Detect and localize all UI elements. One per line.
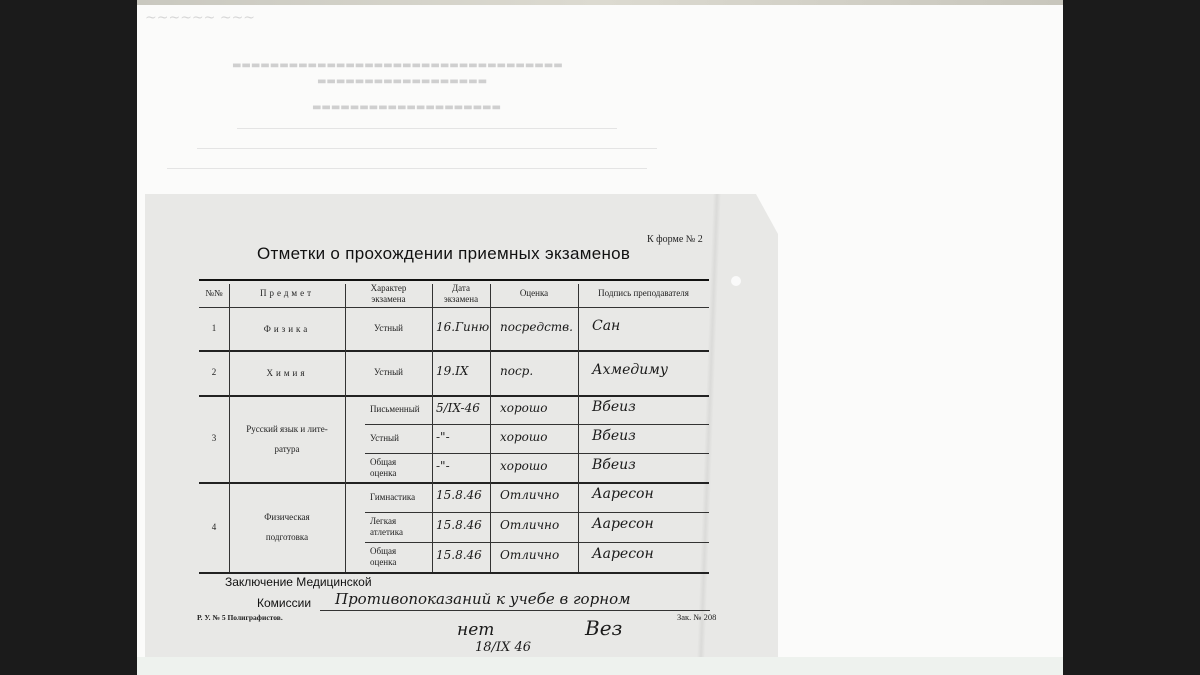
column-header: Предмет bbox=[229, 280, 345, 307]
teacher-signature: Вбеиз bbox=[592, 399, 636, 415]
exam-date: 19.IX bbox=[436, 364, 468, 378]
row-number: 1 bbox=[199, 307, 229, 350]
printer-imprint: Р. У. № 5 Полиграфистов. bbox=[197, 613, 283, 622]
exam-grade: хорошо bbox=[500, 459, 548, 473]
column-rule bbox=[432, 284, 433, 572]
form-reference: К форме № 2 bbox=[647, 234, 703, 245]
exam-date: 15.8.46 bbox=[436, 488, 482, 502]
bleed-through-text: ▬▬▬▬▬▬▬▬▬▬▬▬▬▬▬▬▬▬▬▬ bbox=[312, 102, 501, 113]
medical-note: нет bbox=[457, 620, 494, 640]
exam-grade: Отлично bbox=[500, 548, 559, 562]
exam-grade: посредств. bbox=[500, 320, 573, 334]
order-number: Зак. № 208 bbox=[677, 612, 716, 622]
medical-commission-label: Заключение Медицинской bbox=[225, 575, 372, 589]
bleed-through-line bbox=[167, 168, 647, 169]
bleed-through-text: ▬▬▬▬▬▬▬▬▬▬▬▬▬▬▬▬▬▬▬▬▬▬▬▬▬▬▬▬▬▬▬▬▬▬▬ bbox=[232, 60, 563, 71]
exam-grade: хорошо bbox=[500, 430, 548, 444]
column-header: Характерэкзамена bbox=[345, 280, 432, 307]
subject-name: Физическаяподготовка bbox=[229, 482, 345, 572]
faint-handwritten-note: ~~~~~~ ~~~ bbox=[145, 10, 255, 26]
column-header: Подпись преподавателя bbox=[578, 280, 709, 307]
row-number: 2 bbox=[199, 350, 229, 395]
exam-date: 15.8.46 bbox=[436, 548, 482, 562]
exam-date: -"- bbox=[436, 459, 450, 473]
exam-grade: Отлично bbox=[500, 488, 559, 502]
row-rule bbox=[199, 572, 709, 574]
column-rule bbox=[578, 284, 579, 572]
teacher-signature: Ааресон bbox=[592, 546, 654, 562]
teacher-signature: Ахмедиму bbox=[592, 362, 668, 378]
bleed-through-line bbox=[237, 128, 617, 129]
teacher-signature: Ааресон bbox=[592, 516, 654, 532]
teacher-signature: Вбеиз bbox=[592, 428, 636, 444]
row-number: 4 bbox=[199, 482, 229, 572]
exam-record-form: К форме № 2 Отметки о прохождении приемн… bbox=[145, 194, 778, 657]
column-header: Оценка bbox=[490, 280, 578, 307]
exam-type: Устный bbox=[345, 350, 432, 395]
subject-name: Химия bbox=[229, 350, 345, 395]
exam-grade: поср. bbox=[500, 364, 533, 378]
medical-commission-label-2: Комиссии bbox=[257, 596, 311, 610]
scan-edge-top bbox=[137, 0, 1063, 5]
column-rule bbox=[490, 284, 491, 572]
column-header: Датаэкзамена bbox=[432, 280, 490, 307]
bleed-through-line bbox=[197, 148, 657, 149]
exam-type: Гимнастика bbox=[370, 482, 432, 512]
teacher-signature: Сан bbox=[592, 318, 620, 334]
form-title: Отметки о прохождении приемных экзаменов bbox=[257, 244, 630, 264]
exam-type: Общаяоценка bbox=[370, 542, 432, 572]
medical-signature: Вез bbox=[585, 616, 622, 640]
exam-type: Легкаяатлетика bbox=[370, 512, 432, 542]
teacher-signature: Вбеиз bbox=[592, 457, 636, 473]
exam-type: Общаяоценка bbox=[370, 453, 432, 482]
exam-grade: Отлично bbox=[500, 518, 559, 532]
bleed-through-text: ▬▬▬▬▬▬▬▬▬▬▬▬▬▬▬▬▬▬ bbox=[317, 76, 487, 87]
exam-type: Устный bbox=[345, 307, 432, 350]
exam-date: 16.Гиню bbox=[436, 320, 489, 334]
punch-hole bbox=[731, 276, 741, 286]
teacher-signature: Ааресон bbox=[592, 486, 654, 502]
row-number: 3 bbox=[199, 395, 229, 482]
exam-type: Письменный bbox=[370, 395, 432, 424]
medical-conclusion-line bbox=[320, 610, 710, 611]
exam-date: 15.8.46 bbox=[436, 518, 482, 532]
medical-date: 18/IX 46 bbox=[475, 640, 531, 655]
exam-type: Устный bbox=[370, 424, 432, 453]
subject-name: Физика bbox=[229, 307, 345, 350]
medical-conclusion: Противопоказаний к учебе в горном bbox=[335, 590, 631, 608]
subject-name: Русский язык и лите-ратура bbox=[229, 395, 345, 482]
scan-edge-bottom bbox=[137, 657, 1063, 675]
exam-grade: хорошо bbox=[500, 401, 548, 415]
exam-date: 5/IX-46 bbox=[436, 401, 480, 415]
exam-date: -"- bbox=[436, 430, 450, 444]
column-header: №№ bbox=[199, 280, 229, 307]
